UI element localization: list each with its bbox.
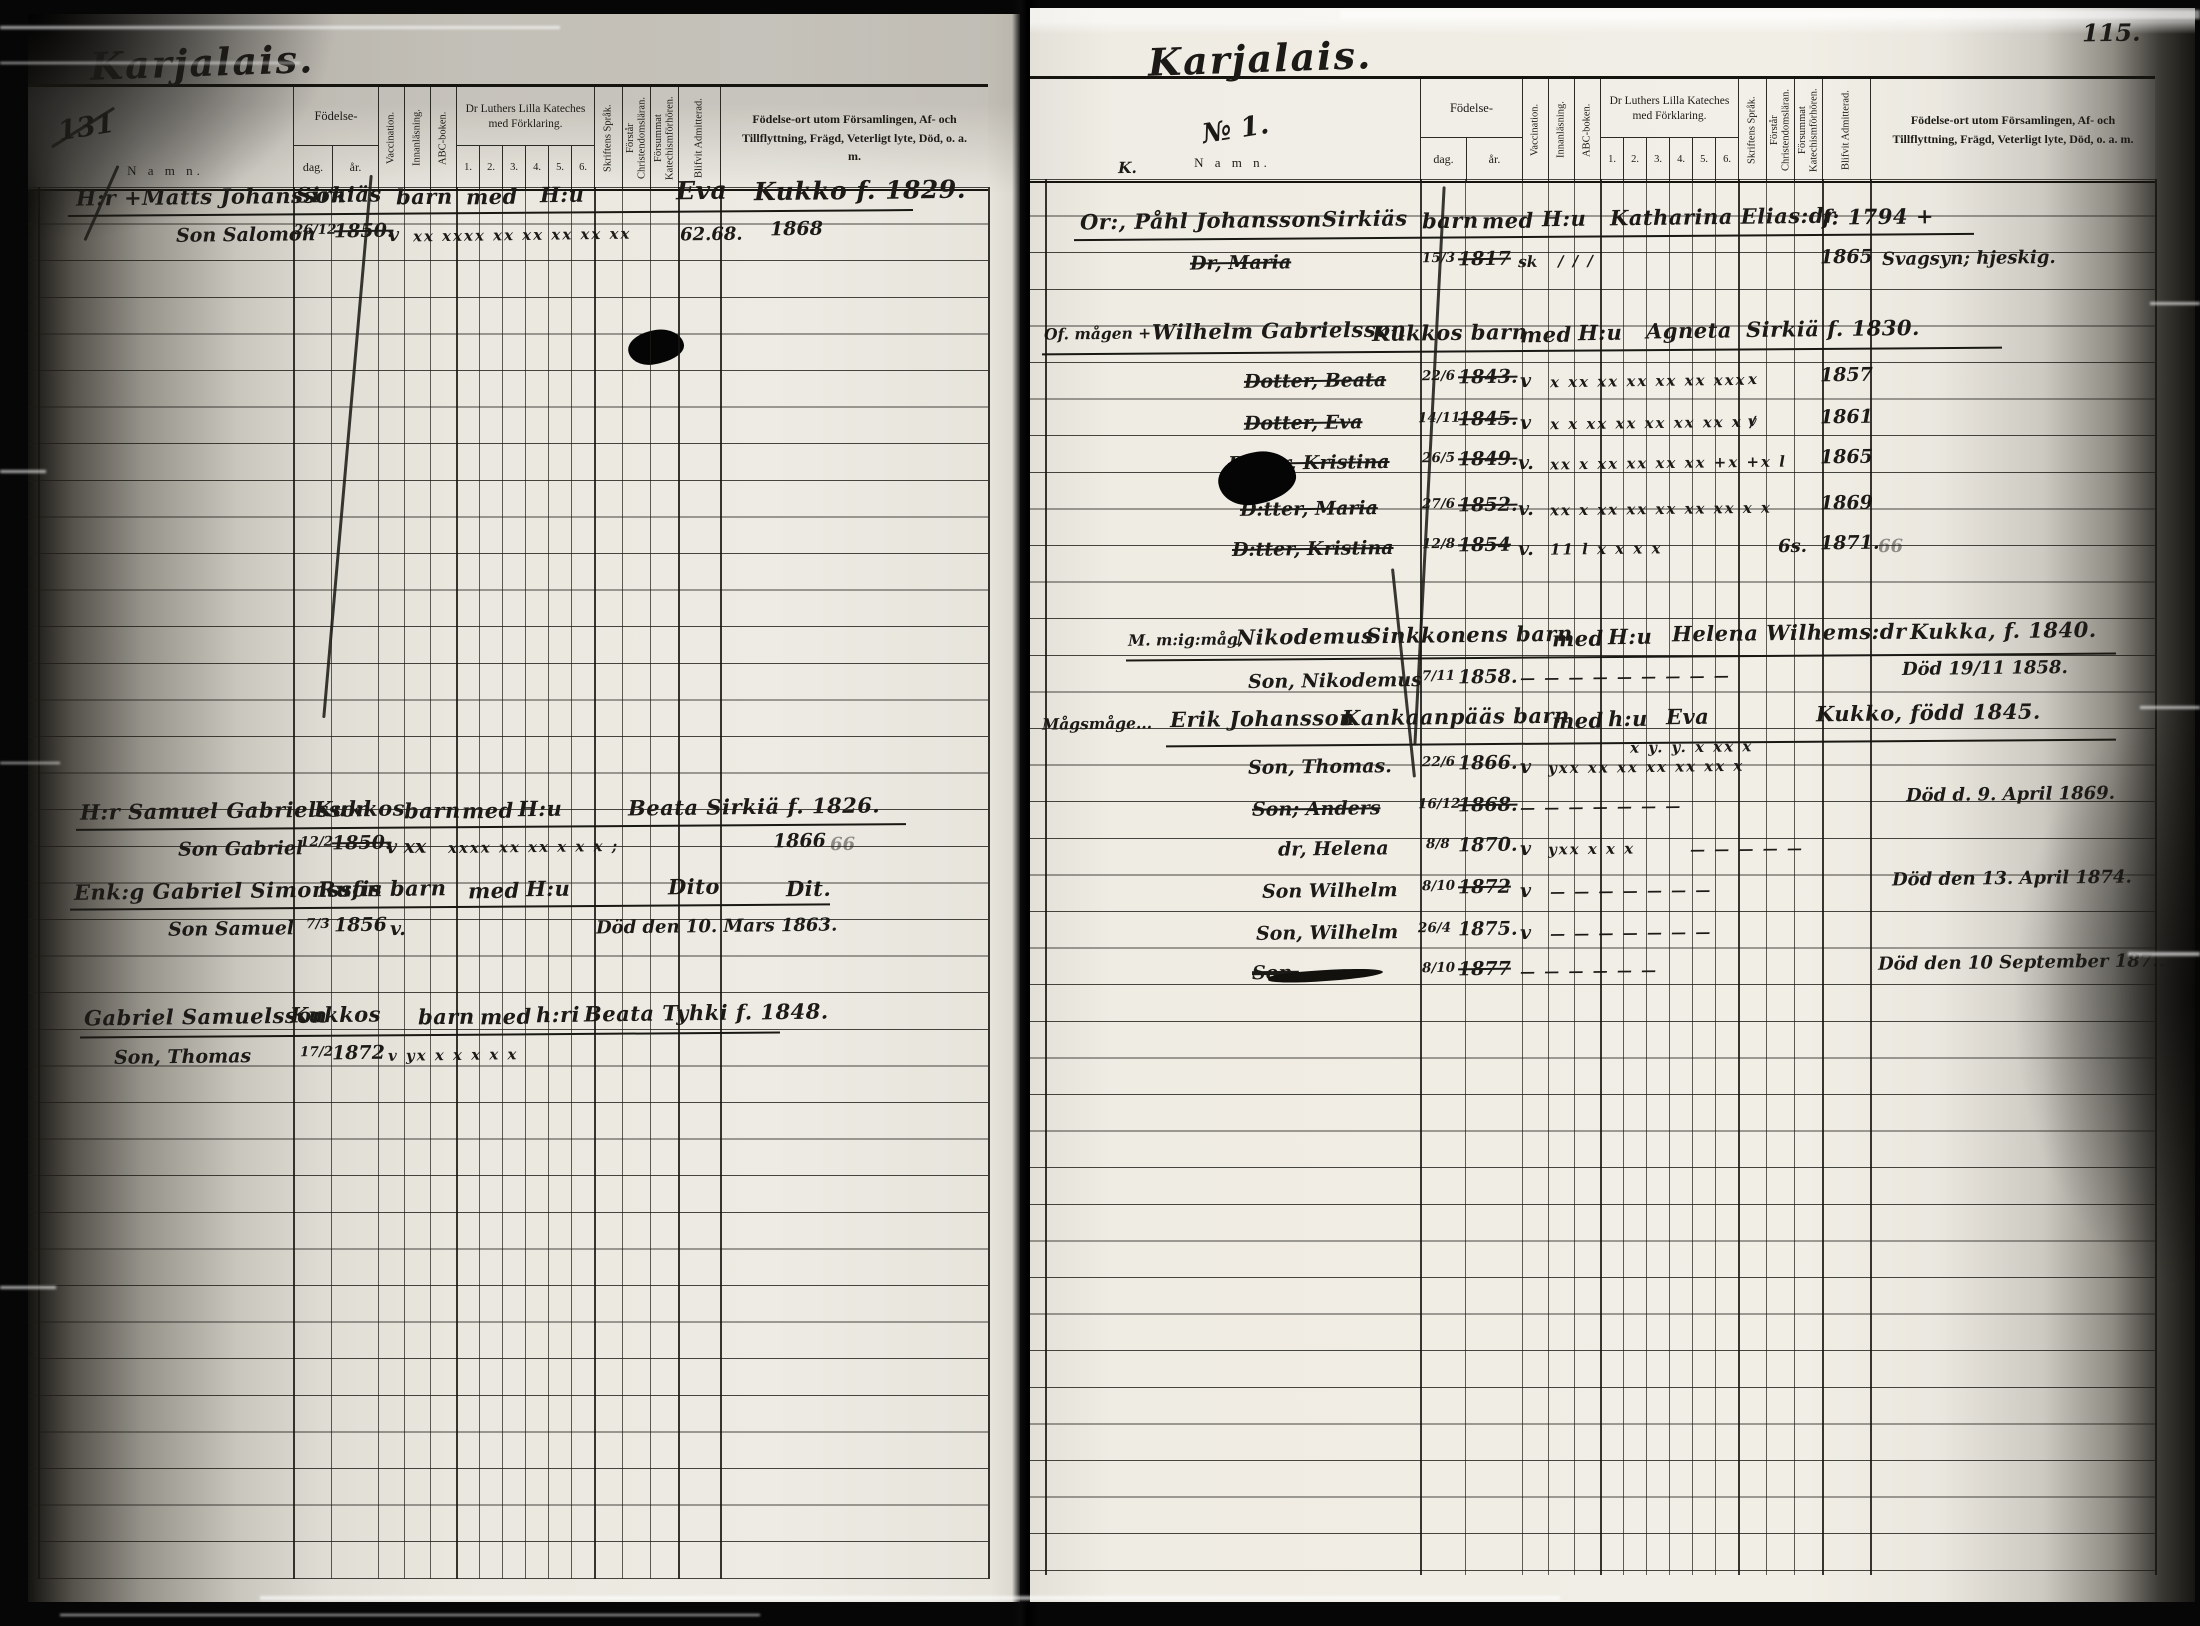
handwritten-entry: Son, Thomas. — [1248, 755, 1392, 779]
handwritten-entry: Död 19/11 1858. — [1902, 657, 2068, 680]
column-rule — [571, 187, 572, 1579]
column-rule — [1692, 179, 1693, 1575]
handwritten-entry: 1843. — [1458, 366, 1518, 389]
handwritten-entry: Or:, Påhl Johansson — [1080, 207, 1322, 235]
handwritten-entry: Kukkos barn — [1372, 319, 1528, 346]
column-rule — [2155, 179, 2157, 1575]
handwritten-entry: Sirkiä f. 1830. — [1746, 315, 1920, 342]
handwritten-entry: Kukko, född 1845. — [1816, 699, 2041, 727]
handwritten-entry: v xx — [386, 836, 427, 858]
scan-streak — [2128, 952, 2200, 956]
handwritten-entry: Dit. — [786, 876, 832, 902]
handwritten-entry: Son Gabriel — [178, 837, 303, 861]
handwritten-entry: 16/12 — [1418, 796, 1461, 813]
handwritten-entry: 7/3 — [306, 916, 330, 932]
handwritten-entry: Dito — [668, 874, 720, 900]
scan-streak — [0, 470, 46, 473]
handwritten-entry: 1849. — [1458, 448, 1518, 471]
scan-streak — [2140, 706, 2200, 709]
column-rule — [1669, 179, 1670, 1575]
handwritten-entry: Erik Johansson — [1170, 705, 1355, 732]
handwritten-entry: 66 — [1878, 536, 1903, 557]
handwritten-underline — [1074, 233, 1974, 241]
scan-streak — [260, 1596, 1560, 1600]
handwritten-entry: K. — [1118, 158, 1137, 177]
handwritten-entry: barn — [418, 1004, 475, 1030]
scan-streak — [2150, 302, 2200, 305]
column-rule — [1870, 179, 1872, 1575]
handwritten-entry: Katharina Elias:dr — [1610, 203, 1836, 231]
column-rule — [1623, 179, 1624, 1575]
column-rule — [650, 187, 651, 1579]
column-rule — [988, 187, 990, 1579]
handwritten-entry: 1845. — [1458, 408, 1518, 431]
handwritten-entry: dr, Helena — [1278, 837, 1389, 860]
handwritten-entry: med — [1552, 626, 1604, 652]
column-rule — [1548, 179, 1549, 1575]
handwritten-entry: Wilhelm Gabrielsson — [1152, 316, 1407, 344]
handwritten-entry: 12/2 — [300, 834, 333, 850]
handwritten-entry: D:tter, Kristina — [1232, 537, 1394, 561]
column-rule — [1522, 179, 1523, 1575]
column-rule — [594, 187, 596, 1579]
column-rule — [1465, 179, 1466, 1575]
handwritten-entry: med — [1552, 708, 1604, 734]
handwritten-entry: Kankaanpääs barn — [1342, 703, 1570, 731]
handwritten-entry: Eva — [1666, 704, 1710, 730]
handwritten-entry: barn — [1422, 208, 1479, 234]
handwritten-entry: 1866 — [773, 830, 826, 853]
right-page: N a m n.Födelse-dag.år.Vaccination.Innan… — [1030, 8, 2195, 1602]
handwritten-entry: 6s. — [1778, 536, 1807, 557]
column-rule — [1822, 179, 1824, 1575]
column-rule — [1794, 179, 1795, 1575]
handwritten-entry: h:ri — [536, 1002, 580, 1028]
handwritten-entry: med — [468, 878, 520, 904]
handwritten-entry: 1870. — [1458, 834, 1518, 857]
handwritten-entry: 17/2 — [300, 1044, 333, 1060]
handwritten-entry: v. — [1518, 538, 1534, 560]
handwritten-entry: sk — [1518, 252, 1538, 271]
handwritten-entry: 1865 — [1820, 446, 1873, 469]
column-rule — [1420, 179, 1422, 1575]
column-rule — [720, 187, 722, 1579]
scan-streak — [0, 26, 560, 29]
handwritten-entry: — — — — — — — — — — [1520, 667, 1731, 688]
handwritten-entry: 1869 — [1820, 492, 1873, 515]
handwritten-entry: Död d. 9. April 1869. — [1906, 783, 2115, 807]
handwritten-entry: Dotter, Beata — [1244, 369, 1386, 393]
handwritten-entry: Dotter, Eva — [1244, 411, 1363, 434]
handwritten-entry: Agneta — [1646, 317, 1732, 343]
column-rule — [1574, 179, 1575, 1575]
handwritten-entry: Kukko f. 1829. — [754, 175, 966, 207]
column-rule — [293, 187, 295, 1579]
handwritten-entry: v. — [1518, 452, 1534, 474]
handwritten-entry: v. — [1518, 498, 1534, 520]
column-rule — [456, 187, 458, 1579]
handwritten-entry: Of. mågen + — [1044, 323, 1151, 343]
handwritten-entry: — — — — — — — [1520, 961, 1658, 981]
handwritten-entry: 1875. — [1458, 918, 1518, 941]
handwritten-entry: Dr, Maria — [1190, 251, 1291, 274]
handwritten-entry: 8/10 — [1422, 878, 1455, 894]
handwritten-entry: Son; Anders — [1252, 797, 1381, 821]
handwritten-entry: 1856 — [334, 914, 387, 937]
left-page: N a m n.Födelse-dag.år.Vaccination.Innan… — [28, 14, 1020, 1602]
column-rule — [1715, 179, 1716, 1575]
column-rule — [622, 187, 623, 1579]
handwritten-entry: x xx xx xx xx xx xxx — [1550, 371, 1747, 391]
handwritten-entry: 1866. — [1458, 752, 1518, 775]
column-rule — [38, 187, 40, 1579]
handwritten-entry: v yx x x x x x — [388, 1045, 519, 1065]
handwritten-entry: Sirkiäs — [1322, 205, 1408, 231]
handwritten-entry: Rufis barn — [318, 875, 447, 902]
handwritten-entry: Son, Nikodemus — [1248, 669, 1422, 693]
handwritten-entry: med — [1520, 322, 1572, 348]
handwritten-entry: 22/6 — [1422, 368, 1455, 384]
handwritten-entry: Nikodemus — [1236, 623, 1374, 650]
column-rule — [678, 187, 680, 1579]
handwritten-entry: Beata Sirkiä f. 1826. — [628, 792, 880, 820]
column-rule — [1600, 179, 1602, 1575]
handwritten-entry: 7/11 — [1422, 668, 1455, 684]
handwritten-entry: 1868 — [770, 218, 823, 241]
handwritten-entry: 26/4 — [1418, 920, 1451, 936]
handwritten-entry: 26/5 — [1422, 450, 1455, 466]
handwritten-entry: 8/8 — [1426, 836, 1450, 852]
handwritten-underline — [68, 209, 913, 217]
handwritten-entry: barn — [404, 798, 461, 824]
scan-streak — [1340, 10, 2200, 19]
handwritten-entry: 1852. — [1458, 494, 1518, 517]
handwritten-entry: / / / — [1558, 252, 1595, 270]
column-rule — [378, 187, 379, 1579]
scan-streak — [0, 62, 300, 64]
column-rule — [502, 187, 503, 1579]
handwritten-entry: Son Wilhelm — [1262, 879, 1398, 903]
handwritten-entry: 1868. — [1458, 794, 1518, 817]
handwritten-entry: xx xxxx xx xx xx xx xx — [413, 225, 632, 246]
handwritten-entry: f: 1794 + — [1822, 203, 1934, 229]
left-handwriting-layer: Karjalais.131H:r +Matts JohanssonSirkiäs… — [28, 14, 1020, 1602]
column-rule — [479, 187, 480, 1579]
handwritten-entry: Kukkos — [314, 795, 405, 821]
handwritten-entry: Son, Wilhelm — [1256, 921, 1398, 945]
handwritten-entry: med — [462, 798, 514, 824]
column-rule — [404, 187, 405, 1579]
column-rule — [1766, 179, 1767, 1575]
handwritten-entry: M. m:ig:måg, — [1128, 629, 1243, 649]
handwritten-entry: 14/11 — [1418, 410, 1461, 427]
handwritten-entry: H:u — [540, 182, 585, 208]
column-rule — [430, 187, 431, 1579]
right-handwriting-layer: Karjalais.115.№ 1.K.Or:, Påhl JohanssonS… — [1030, 8, 2195, 1602]
handwritten-entry: 22/6 — [1422, 754, 1455, 770]
handwritten-entry: med — [1482, 208, 1534, 234]
scan-streak — [0, 1286, 56, 1289]
handwritten-entry: Son, Thomas — [114, 1045, 251, 1069]
handwritten-entry: 8/10 — [1422, 960, 1455, 976]
handwritten-entry: 66 — [830, 834, 855, 855]
handwritten-entry: Beata Tyhki f. 1848. — [584, 999, 829, 1027]
handwritten-entry: — — — — — — [1690, 839, 1804, 858]
handwritten-entry: Kukka, f. 1840. — [1910, 617, 2097, 644]
column-rule — [331, 187, 332, 1579]
handwritten-entry: 1858. — [1458, 666, 1518, 689]
handwritten-entry: x x xx xx xx xx xx x / — [1550, 413, 1758, 434]
handwritten-entry: № 1. — [1200, 109, 1271, 150]
handwritten-entry: v — [1748, 412, 1759, 430]
column-rule — [1646, 179, 1647, 1575]
handwritten-entry: 1850. — [332, 832, 392, 855]
handwritten-entry: x — [1748, 370, 1759, 388]
handwritten-entry: 1865 — [1820, 246, 1873, 269]
column-rule — [1045, 179, 1047, 1575]
handwritten-entry: Död den 10. Mars 1863. — [596, 915, 838, 939]
column-rule — [525, 187, 526, 1579]
handwritten-entry: Karjalais. — [1147, 32, 1373, 85]
handwritten-entry: Son Samuel — [168, 917, 294, 941]
handwritten-entry: v — [388, 224, 399, 246]
handwritten-entry: 115. — [2082, 18, 2141, 48]
handwritten-underline — [70, 903, 830, 910]
column-rule — [548, 187, 549, 1579]
handwritten-entry: Död den 13. April 1874. — [1892, 867, 2132, 891]
handwritten-entry: 62.68. — [680, 224, 743, 246]
handwritten-entry: 1857 — [1820, 364, 1873, 387]
handwritten-entry: 12/8 — [1422, 536, 1455, 552]
scan-streak — [60, 1614, 760, 1616]
handwritten-entry: Kukkos — [290, 1001, 381, 1027]
handwritten-entry: Mågsmåge... — [1042, 713, 1152, 733]
handwritten-entry: h:u — [1608, 706, 1648, 731]
handwritten-entry: 1861 — [1820, 406, 1873, 429]
column-rule — [1738, 179, 1740, 1575]
handwritten-entry: med — [466, 184, 518, 210]
handwritten-entry: Svagsyn; hjeskig. — [1882, 247, 2056, 270]
scanned-parish-register: N a m n.Födelse-dag.år.Vaccination.Innan… — [0, 0, 2200, 1626]
scan-streak — [0, 762, 60, 764]
